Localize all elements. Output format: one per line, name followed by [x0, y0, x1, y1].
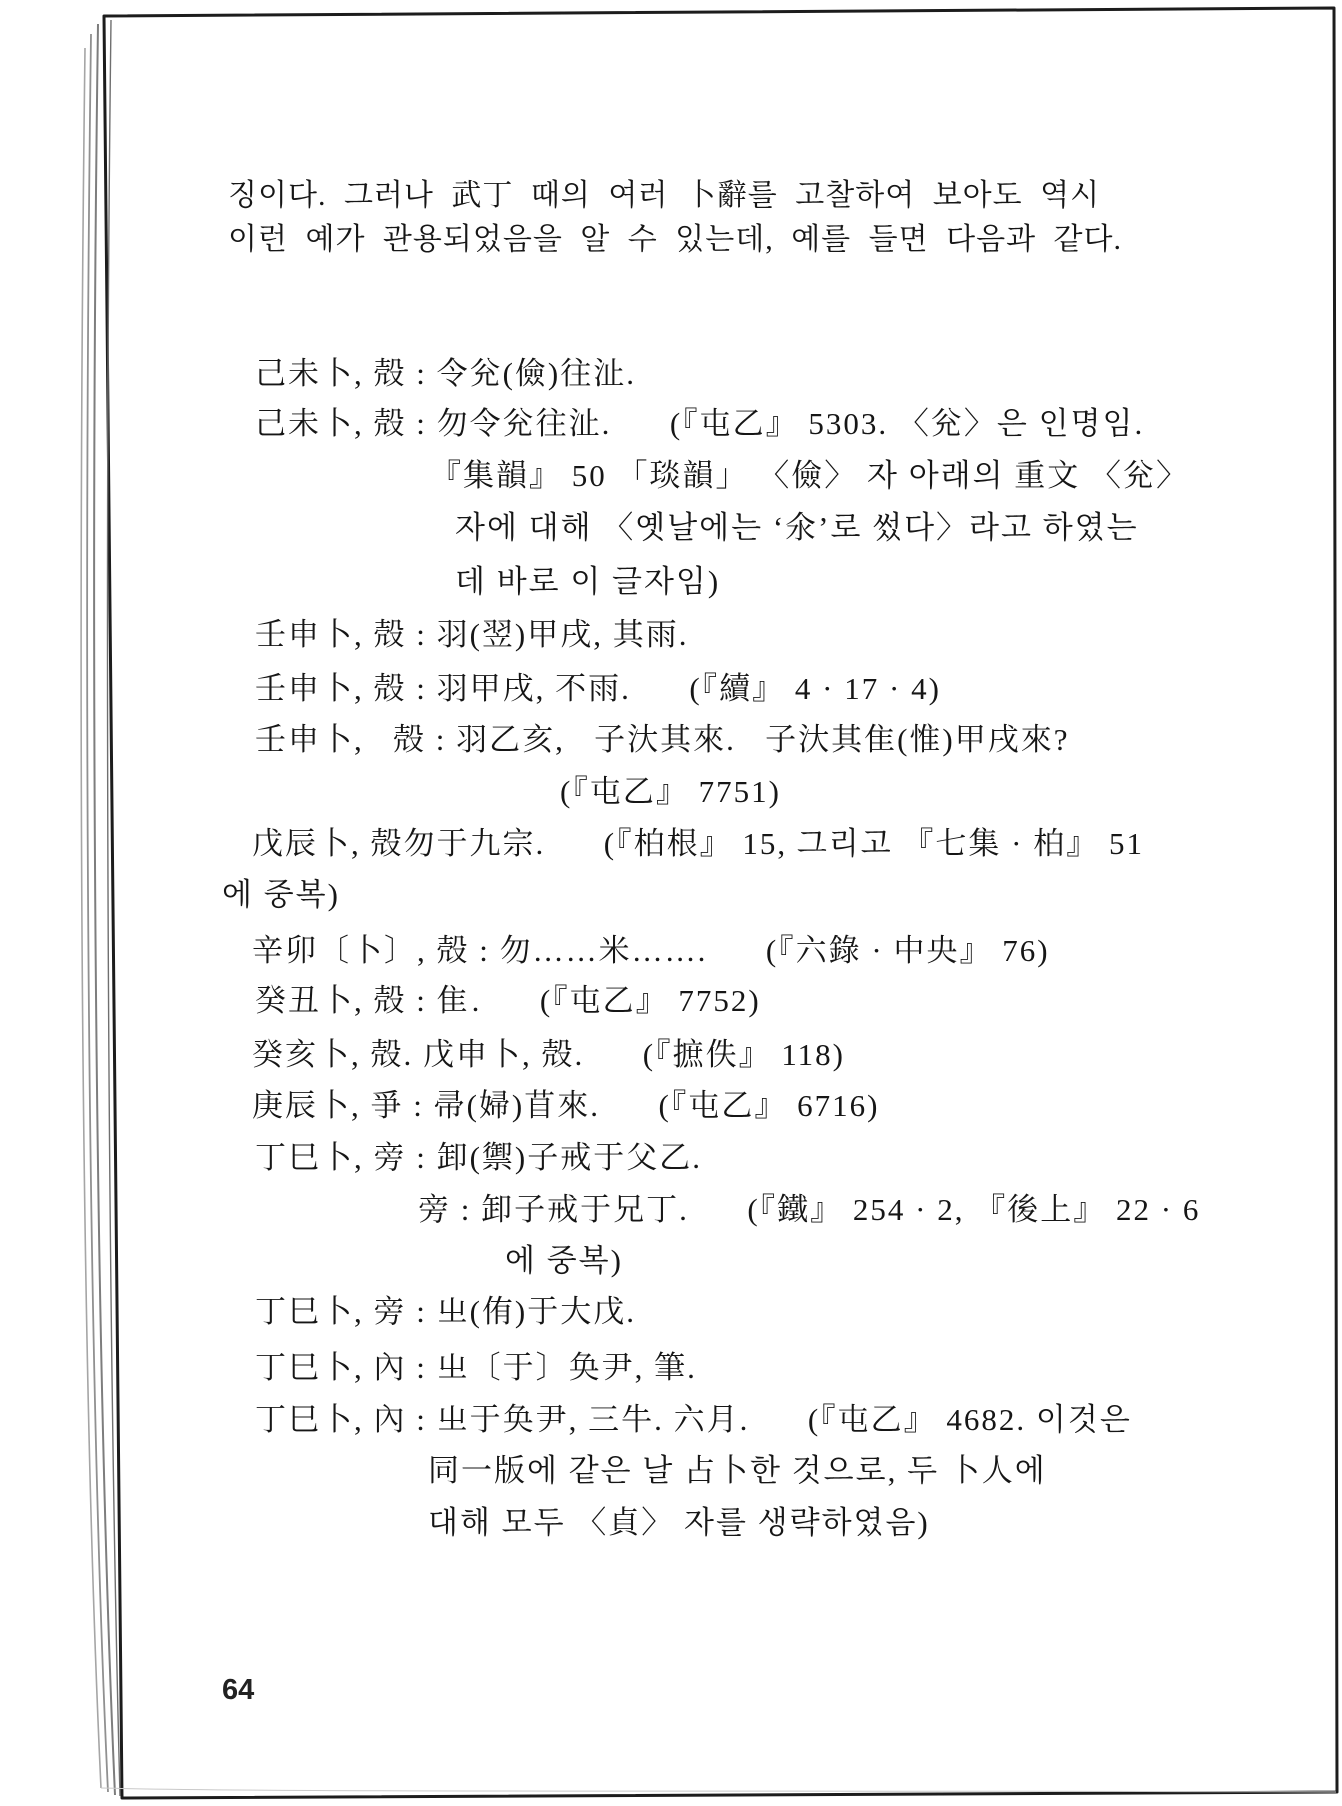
paragraph-line: 이런 예가 관용되었음을 알 수 있는데, 예를 들면 다음과 같다.: [228, 222, 1122, 258]
oracle-text-line: 庚辰卜, 爭 : 帚(婦)苜來. (『屯乙』 6716): [252, 1087, 879, 1124]
oracle-text-line: 자에 대해 〈옛날에는 ‘氽’로 썼다〉라고 하였는: [455, 509, 1139, 546]
oracle-text-line: 己未卜, 殻 : 勿令兊往沚. (『屯乙』 5303. 〈兊〉은 인명임.: [255, 405, 1144, 442]
oracle-text-line: 旁 : 卸子戒于兄丁. (『鐵』 254 · 2, 『後上』 22 · 6: [418, 1191, 1200, 1228]
oracle-text-line: 戊辰卜, 殻勿于九宗. (『柏根』 15, 그리고 『七集 · 柏』 51: [252, 825, 1144, 862]
oracle-text-line: 丁巳卜, 內 : 㞢〔于〕奂尹, 筆.: [255, 1349, 697, 1386]
oracle-text-line: 丁巳卜, 旁 : 㞢(侑)于大戊.: [255, 1293, 636, 1330]
oracle-text-line: 同一版에 같은 날 占卜한 것으로, 두 卜人에: [428, 1452, 1047, 1489]
oracle-text-line: 『集韻』 50 「琰韻」 〈儉〉 자 아래의 重文 〈兊〉: [430, 457, 1189, 494]
oracle-text-line: 壬申卜, 殻 : 羽甲戌, 不雨. (『續』 4 · 17 · 4): [255, 670, 941, 707]
book-page: 징이다. 그러나 武丁 때의 여러 卜辭를 고찰하여 보아도 역시이런 예가 관…: [0, 0, 1342, 1806]
oracle-text-line: 에 중복): [505, 1242, 623, 1279]
page-number: 64: [222, 1674, 254, 1707]
oracle-text-line: 壬申卜, 殻 : 羽乙亥, 子汏其來. 子汏其隹(惟)甲戌來?: [255, 721, 1070, 758]
oracle-text-line: 데 바로 이 글자임): [455, 563, 720, 600]
oracle-text-line: 壬申卜, 殻 : 羽(翌)甲戌, 其雨.: [255, 616, 689, 653]
oracle-text-line: 辛卯〔卜〕, 殻 : 勿……米……. (『六錄 · 中央』 76): [252, 932, 1050, 969]
oracle-text-line: 대해 모두 〈貞〉 자를 생략하였음): [428, 1504, 930, 1541]
oracle-text-line: 丁巳卜, 內 : 㞢于奂尹, 三牛. 六月. (『屯乙』 4682. 이것은: [255, 1401, 1132, 1438]
paragraph-line: 징이다. 그러나 武丁 때의 여러 卜辭를 고찰하여 보아도 역시: [228, 178, 1100, 214]
oracle-text-line: 癸丑卜, 殻 : 隹𡆥. (『屯乙』 7752): [255, 982, 761, 1019]
oracle-text-line: 丁巳卜, 旁 : 卸(禦)子戒于父乙.: [255, 1139, 702, 1176]
oracle-text-line: 에 중복): [222, 876, 340, 913]
oracle-text-line: 癸亥卜, 殻. 戊申卜, 殻. (『摭佚』 118): [252, 1036, 845, 1073]
oracle-text-line: 己未卜, 殻 : 令兊(儉)往沚.: [255, 355, 636, 392]
oracle-text-line: (『屯乙』 7751): [560, 773, 781, 810]
